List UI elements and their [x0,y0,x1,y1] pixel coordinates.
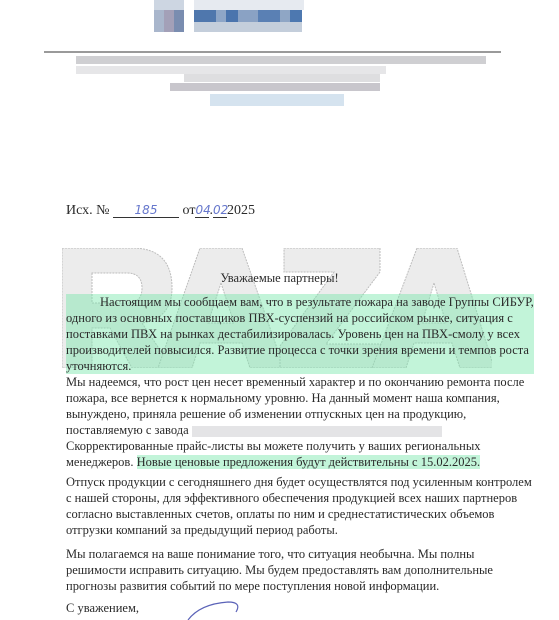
redacted-company-name [76,56,486,64]
redacted-email-link [210,94,344,106]
redacted-address-line [184,74,380,82]
reference-day: 04 [195,203,209,218]
paragraph-text: Настоящим мы сообщаем вам, что в результ… [66,295,534,373]
reference-label: Исх. № [66,203,110,218]
redacted-plant-name [192,426,442,437]
redacted-contacts-line [170,83,380,91]
paragraph-shipment-control: Отпуск продукции с сегодняшнего дня буде… [66,474,534,538]
redacted-address-line [76,66,386,74]
reference-number: 185 [113,203,179,218]
greeting: Уважаемые партнеры! [0,271,559,286]
highlighted-effective-date: Новые ценовые предложения будут действит… [137,455,481,469]
paragraph-text: Мы полагаемся на ваше понимание того, чт… [66,547,493,593]
company-logo-icon [154,0,310,34]
signature-icon [180,598,270,620]
reference-from-label: от [183,203,196,218]
reference-month: 02 [213,203,227,218]
outgoing-reference: Исх. № 185 от04.022025 [66,203,255,219]
reference-year: 2025 [227,203,255,218]
paragraph-price-change: Мы надеемся, что рост цен несет временны… [66,374,534,470]
closing: С уважением, [66,601,139,616]
paragraph-text: Отпуск продукции с сегодняшнего дня буде… [66,475,532,537]
paragraph-understanding: Мы полагаемся на ваше понимание того, чт… [66,546,534,594]
paragraph-fire-notice: Настоящим мы сообщаем вам, что в результ… [66,294,534,374]
header-rule [44,51,501,53]
